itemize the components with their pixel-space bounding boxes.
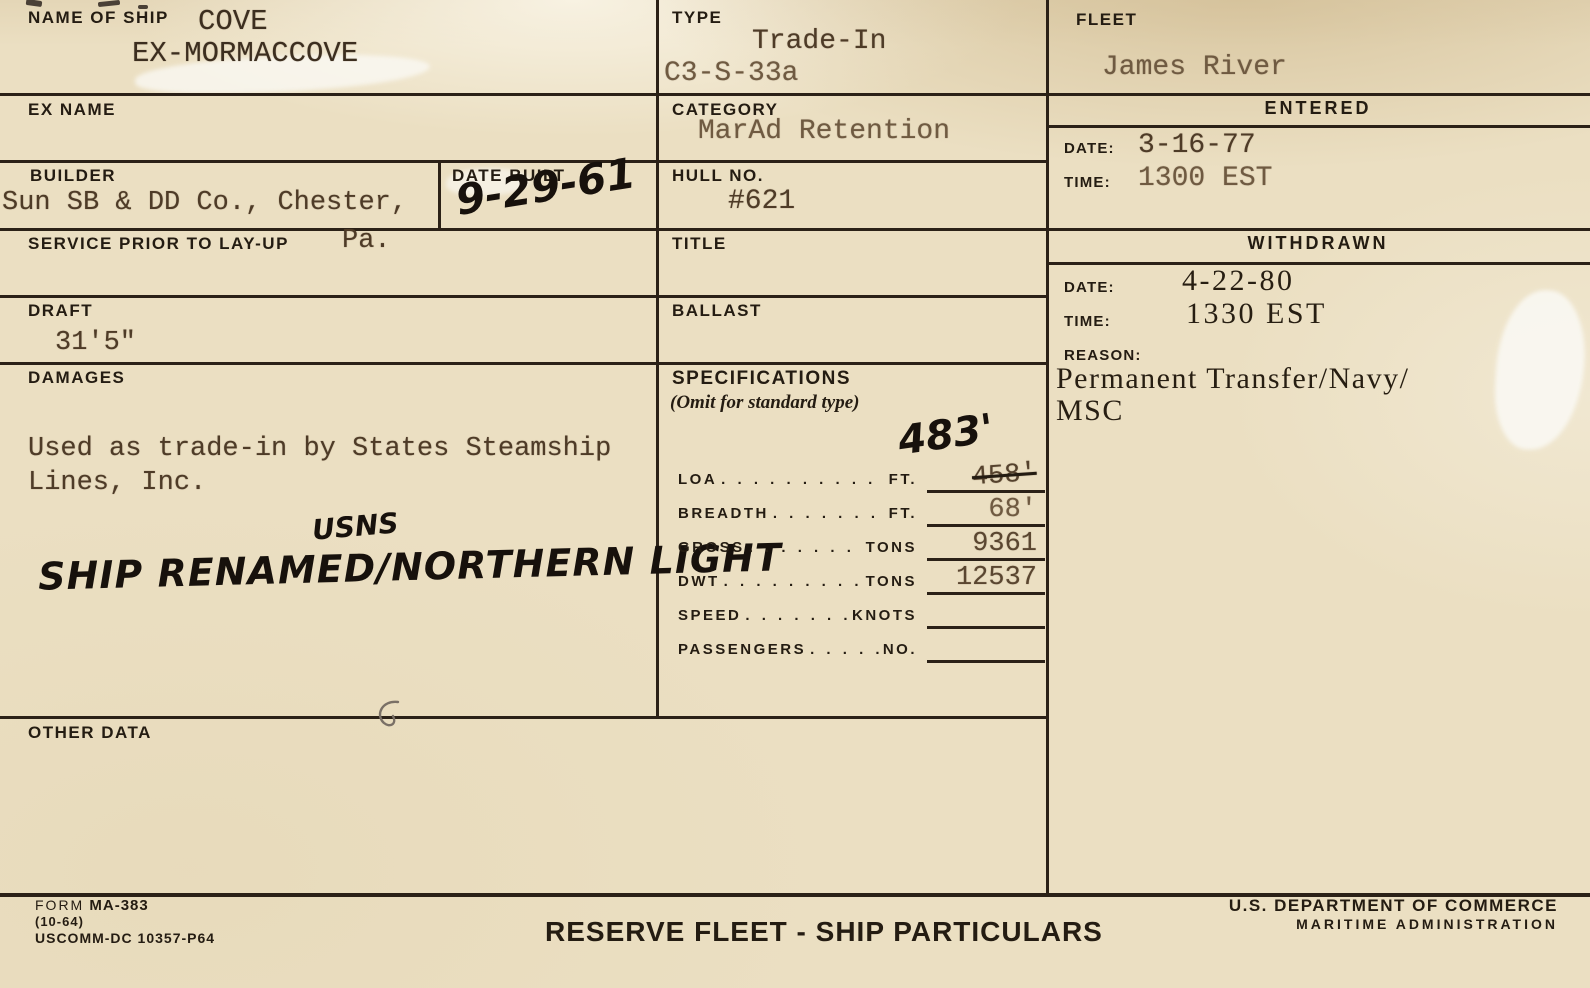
torn-edge-mark	[26, 0, 43, 7]
hull-no-label: HULL NO.	[672, 166, 764, 186]
entered-date-value: 3-16-77	[1138, 130, 1256, 161]
other-data-label: OTHER DATA	[28, 723, 152, 743]
spec-row-speed: SPEED . . . . . . . KNOTS	[658, 598, 1047, 632]
name-of-ship-value: COVE	[198, 5, 268, 38]
rule	[0, 362, 1049, 365]
type-label: TYPE	[672, 8, 722, 28]
specifications-label: SPECIFICATIONS	[672, 368, 851, 390]
builder-label: BUILDER	[30, 166, 116, 186]
spec-row-dwt: DWT . . . . . . . . . . TONS 12537	[658, 564, 1047, 598]
type-value-line2: C3-S-33a	[664, 58, 798, 89]
builder-value: Sun SB & DD Co., Chester,	[2, 188, 407, 218]
form-edition: (10-64)	[35, 914, 215, 930]
entered-date-label: DATE:	[1064, 140, 1115, 157]
pencil-squiggle-mark	[372, 698, 408, 742]
category-value: MarAd Retention	[698, 116, 950, 147]
withdrawn-date-label: DATE:	[1064, 279, 1115, 296]
draft-label: DRAFT	[28, 301, 93, 321]
torn-edge-mark	[98, 0, 120, 7]
form-identifier: FORM MA-383 (10-64) USCOMM-DC 10357-P64	[35, 897, 215, 946]
entered-time-label: TIME:	[1064, 174, 1111, 191]
withdrawn-date-value: 4-22-80	[1182, 264, 1294, 298]
rule	[0, 716, 1049, 719]
fleet-label: FLEET	[1076, 10, 1137, 30]
entered-time-value: 1300 EST	[1138, 163, 1272, 194]
rule	[1046, 0, 1049, 894]
rule	[0, 160, 1049, 163]
ship-particulars-card: NAME OF SHIP COVE EX-MORMACCOVE EX NAME …	[0, 0, 1590, 988]
rule	[0, 295, 1049, 298]
ex-name-value-typed: EX-MORMACCOVE	[132, 37, 358, 70]
rule	[0, 228, 1590, 231]
rule	[1046, 125, 1590, 128]
withdrawn-reason-line1: Permanent Transfer/Navy/	[1056, 362, 1409, 396]
value-underline	[927, 626, 1045, 629]
ex-name-label: EX NAME	[28, 100, 116, 120]
damages-label: DAMAGES	[28, 368, 125, 388]
form-word: FORM	[35, 897, 84, 913]
agency-line2: MARITIME ADMINISTRATION	[1229, 915, 1558, 933]
rule	[1046, 262, 1590, 265]
spec-row-gross: GROSS . . . . . . . . . TONS 9361	[658, 530, 1047, 564]
gross-value: 9361	[972, 529, 1037, 559]
ballast-label: BALLAST	[672, 301, 762, 321]
title-label: TITLE	[672, 234, 727, 254]
loa-struck-value: 458'	[971, 459, 1038, 493]
loa-corrected-handwritten-value: 483'	[895, 406, 996, 465]
handwritten-usns-insert: USNS	[311, 506, 400, 546]
type-value-line1: Trade-In	[752, 26, 886, 57]
entered-section-header: ENTERED	[1046, 98, 1590, 119]
value-underline	[927, 660, 1045, 663]
whiteout-patch	[1492, 288, 1588, 452]
card-title: RESERVE FLEET - SHIP PARTICULARS	[545, 916, 1103, 948]
damages-text-line1: Used as trade-in by States Steamship	[28, 434, 611, 464]
fleet-value: James River	[1102, 52, 1287, 83]
withdrawn-time-label: TIME:	[1064, 313, 1111, 330]
spec-row-breadth: BREADTH . . . . . . . . FT. 68'	[658, 496, 1047, 530]
specifications-sublabel: (Omit for standard type)	[670, 392, 859, 414]
agency-block: U.S. DEPARTMENT OF COMMERCE MARITIME ADM…	[1229, 897, 1558, 933]
spec-row-loa: LOA . . . . . . . . . . . . FT. 458'	[658, 462, 1047, 496]
draft-value: 31'5"	[55, 328, 136, 358]
withdrawn-reason-line2: MSC	[1056, 394, 1124, 428]
renamed-note-part1: SHIP RENAMED/	[38, 546, 392, 599]
withdrawn-time-value: 1330 EST	[1186, 297, 1327, 331]
specifications-rows: LOA . . . . . . . . . . . . FT. 458' BRE…	[658, 462, 1047, 666]
service-prior-value: Pa.	[342, 226, 391, 256]
rule	[0, 93, 1590, 96]
name-of-ship-label: NAME OF SHIP	[28, 8, 169, 28]
withdrawn-section-header: WITHDRAWN	[1046, 233, 1590, 254]
form-uscomm-code: USCOMM-DC 10357-P64	[35, 930, 215, 946]
damages-text-line2: Lines, Inc.	[28, 468, 206, 498]
dwt-value: 12537	[956, 563, 1037, 593]
service-prior-label: SERVICE PRIOR TO LAY-UP	[28, 234, 289, 254]
hull-no-value: #621	[728, 186, 795, 217]
spec-row-passengers: PASSENGERS . . . . . NO.	[658, 632, 1047, 666]
breadth-value: 68'	[988, 495, 1037, 525]
rule	[438, 160, 441, 230]
agency-line1: U.S. DEPARTMENT OF COMMERCE	[1229, 897, 1558, 915]
form-number: MA-383	[89, 897, 148, 914]
